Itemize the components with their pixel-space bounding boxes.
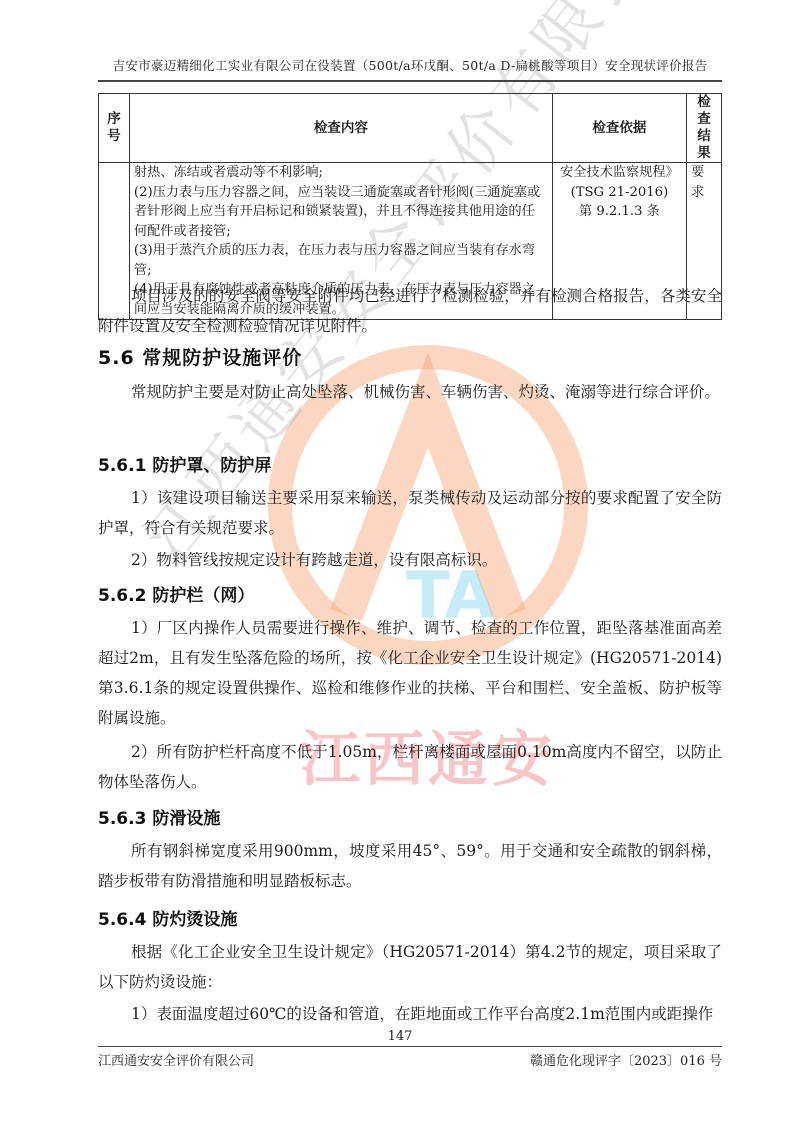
footer-company: 江西通安安全评价有限公司: [98, 1050, 254, 1069]
list-item: 2）物料管线按规定设计有跨越走道，设有限高标识。: [98, 545, 722, 575]
footer-doc-number: 赣通危化现评字〔2023〕016 号: [530, 1050, 722, 1069]
content-line: (2)压力表与压力容器之间，应当装设三通旋塞或者针形阀(三通旋塞或者针形阀上应当…: [134, 183, 548, 242]
basis-line: (TSG 21-2016): [557, 183, 682, 203]
footer-divider: [98, 1046, 722, 1047]
content-line: 射热、冻结或者震动等不利影响;: [134, 163, 548, 183]
column-header-result: 检查结果: [687, 94, 722, 163]
list-item: 2）所有防护栏杆高度不低于1.05m，栏杆离楼面或屋面0.10m高度内不留空，以…: [98, 737, 722, 797]
paragraph-5-6-3: 所有钢斜梯宽度采用900mm，坡度采用45°、59°。用于交通和安全疏散的钢斜梯…: [98, 836, 722, 896]
content-line: (3)用于蒸汽介质的压力表，在压力表与压力容器之间应当装有存水弯管;: [134, 241, 548, 280]
paragraph-5-6-4: 根据《化工企业安全卫生设计规定》（HG20571-2014）第4.2节的规定，项…: [98, 937, 722, 997]
column-header-content: 检查内容: [129, 94, 552, 163]
paragraph-5-6-intro: 常规防护主要是对防止高处坠落、机械伤害、车辆伤害、灼烫、淹溺等进行综合评价。: [98, 377, 722, 407]
paragraph-safety-accessories: 项目涉及的的安全阀等安全附件均已经进行了检测检验，并有检测合格报告，各类安全附件…: [98, 281, 722, 341]
list-item: 1）厂区内操作人员需要进行操作、维护、调节、检查的工作位置，距坠落基准面高差超过…: [98, 613, 722, 733]
list-item: 1）表面温度超过60℃的设备和管道，在距地面或工作平台高度2.1m范围内或距操作: [98, 999, 722, 1029]
section-heading-5-6: 5.6 常规防护设施评价: [98, 343, 302, 370]
section-heading-5-6-3: 5.6.3 防滑设施: [98, 804, 220, 829]
section-heading-5-6-2: 5.6.2 防护栏（网）: [98, 581, 254, 606]
table-header-row: 序号 检查内容 检查依据 检查结果: [99, 94, 722, 163]
basis-line: 第 9.2.1.3 条: [557, 202, 682, 222]
header-divider: [98, 80, 722, 82]
section-heading-5-6-4: 5.6.4 防灼烫设施: [98, 905, 237, 930]
page-number: 147: [0, 1029, 800, 1044]
page-header-title: 吉安市豪迈精细化工实业有限公司在役装置（500t/a环戊酮、50t/a D-扁桃…: [98, 56, 722, 74]
section-heading-5-6-1: 5.6.1 防护罩、防护屏: [98, 451, 271, 476]
column-header-no: 序号: [99, 94, 130, 163]
column-header-basis: 检查依据: [552, 94, 686, 163]
basis-line: 安全技术监察规程》: [557, 163, 682, 183]
list-item: 1）该建设项目输送主要采用泵来输送，泵类械传动及运动部分按的要求配置了安全防护罩…: [98, 483, 722, 543]
